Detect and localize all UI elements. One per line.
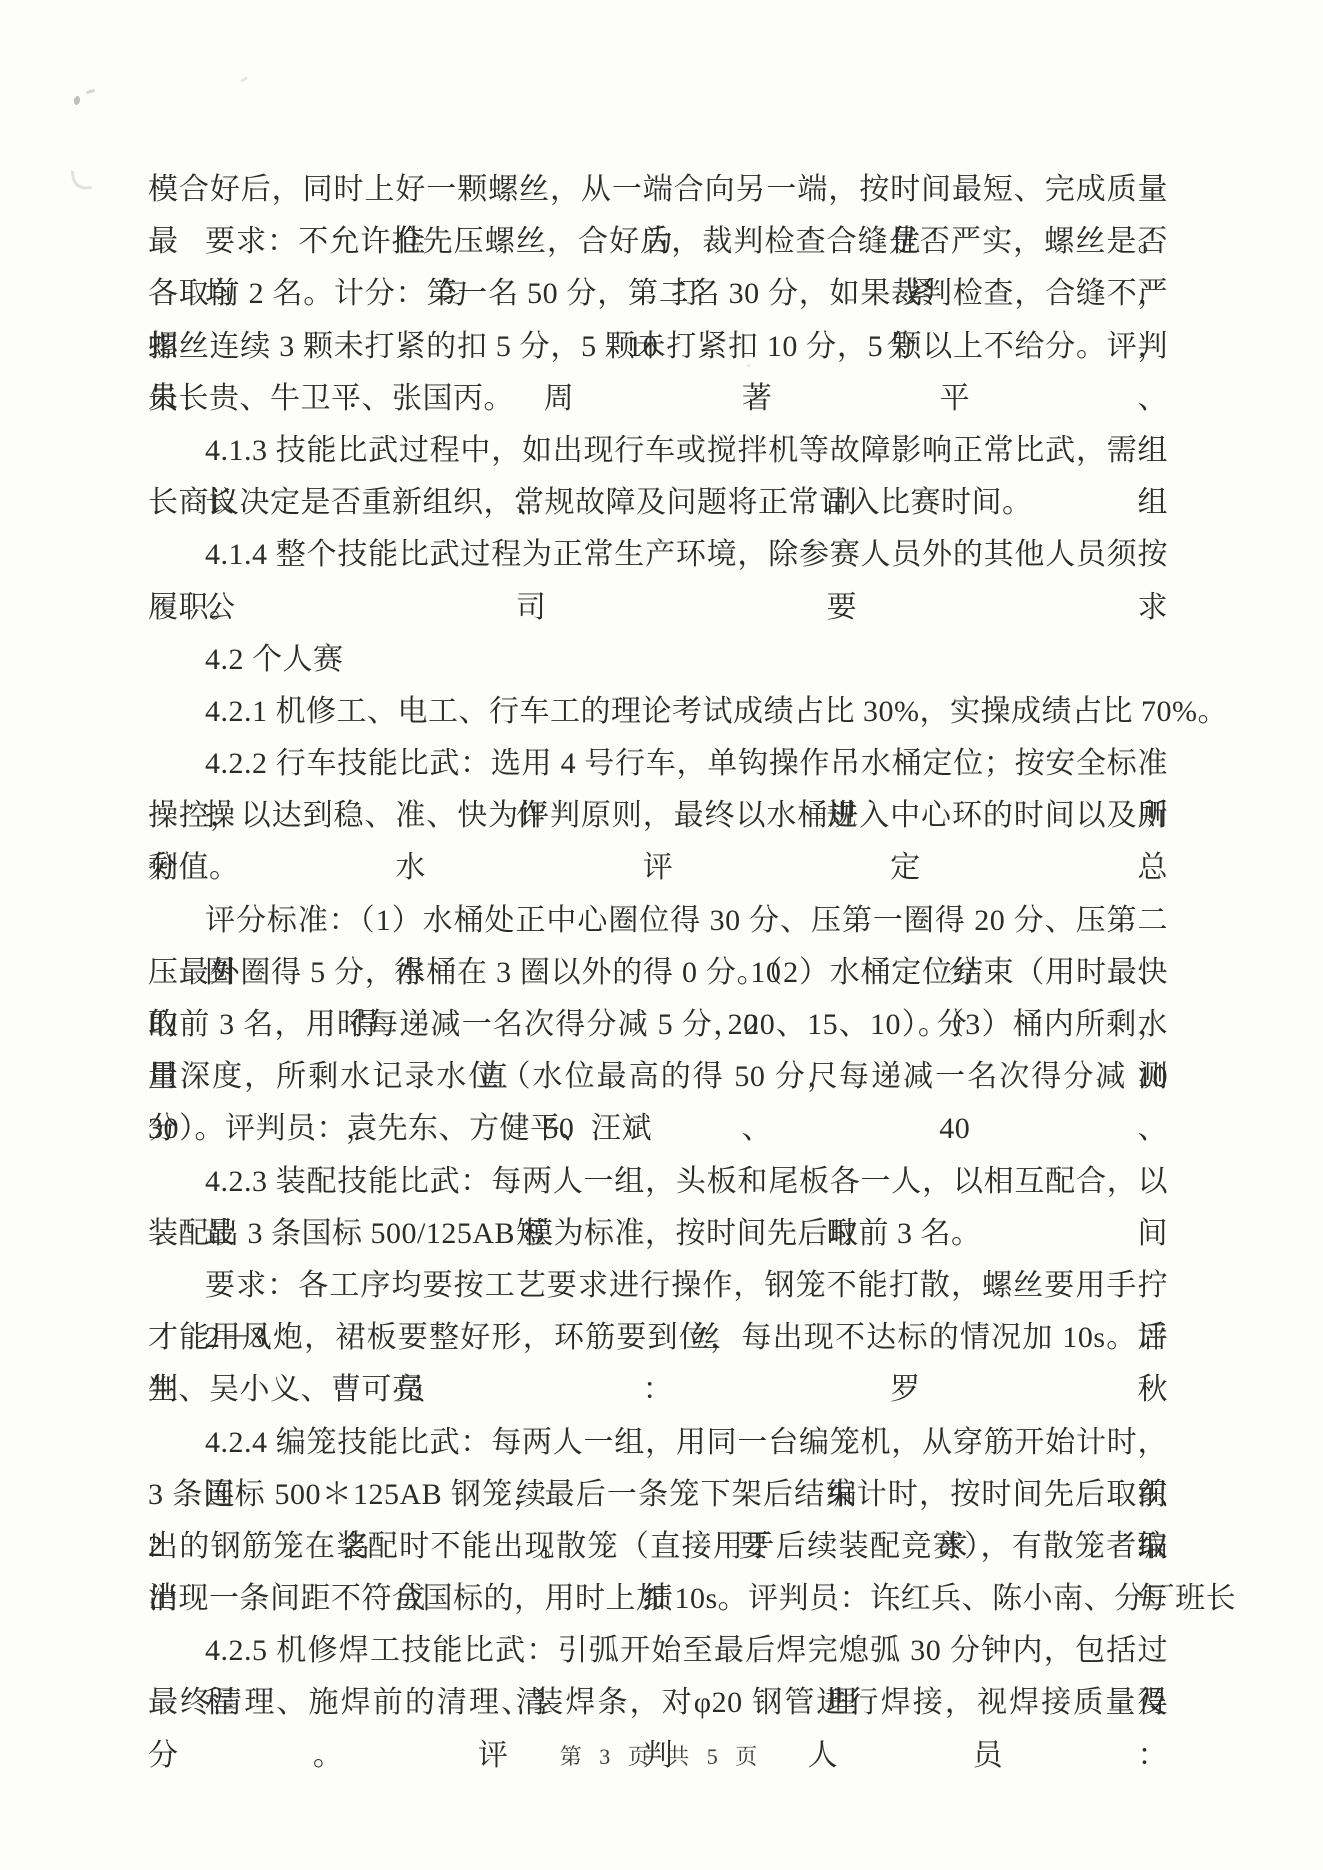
document-line: 压最外圈得 5 分，水桶在 3 圈以外的得 0 分。（2）水桶定位结束（用时最快… <box>148 947 1168 999</box>
document-line: 4.2.5 机修焊工技能比武：引弧开始至最后焊完熄弧 30 分钟内，包括过程清理… <box>148 1625 1168 1677</box>
document-body: 模合好后，同时上好一颗螺丝，从一端合向另一端，按时间最短、完成质量最佳为优。要求… <box>148 164 1168 1730</box>
document-line: 出的钢筋笼在装配时不能出现散笼（直接用于后续装配竞赛），有散笼者取消成绩、每 <box>148 1521 1168 1573</box>
scan-artifact <box>86 89 95 95</box>
document-line: 取前 3 名，用时每递减一名次得分减 5 分，20、15、10）。（3）桶内所剩… <box>148 999 1168 1051</box>
document-line: 长商议决定是否重新组织，常规故障及问题将正常计入比赛时间。 <box>148 477 1168 529</box>
document-line: 出现一条间距不符合国标的，用时上加 10s。评判员：许红兵、陈小南、分厂班长 <box>148 1573 1168 1625</box>
scan-artifact <box>240 76 248 83</box>
document-line: 最终清理、施焊前的清理、装焊条，对φ20 钢管进行焊接，视焊接质量得分。评判人员… <box>148 1677 1168 1729</box>
document-line: 4.2.2 行车技能比武：选用 4 号行车，单钩操作吊水桶定位；按安全标准操作规… <box>148 738 1168 790</box>
document-line: 4.2.4 编笼技能比武：每两人一组，用同一台编笼机，从穿筋开始计时，连续编织 <box>148 1417 1168 1469</box>
document-line: 评分标准：（1）水桶处正中心圈位得 30 分、压第一圈得 20 分、压第二圈得 … <box>148 895 1168 947</box>
document-line: 4.1.3 技能比武过程中，如出现行车或搅拌机等故障影响正常比武，需组长、副组 <box>148 425 1168 477</box>
document-line: 量深度，所剩水记录水位（水位最高的得 50 分，每递减一名次得分减 10 分，5… <box>148 1051 1168 1103</box>
document-line: 各取前 2 名。计分：第一名 50 分，第二名 30 分，如果裁判检查，合缝不严… <box>148 268 1168 320</box>
document-line: 4.1.4 整个技能比武过程为正常生产环境，除参赛人员外的其他人员须按公司要求 <box>148 529 1168 581</box>
document-line: 操控，以达到稳、准、快为评判原则，最终以水桶进入中心环的时间以及所剩水评定总 <box>148 790 1168 842</box>
scanned-document-page: 模合好后，同时上好一颗螺丝，从一端合向另一端，按时间最短、完成质量最佳为优。要求… <box>0 0 1323 1870</box>
document-line: 3 条国标 500＊125AB 钢笼，最后一条笼下架后结束计时，按时间先后取前 … <box>148 1469 1168 1521</box>
document-line: 4.2.1 机修工、电工、行车工的理论考试成绩占比 30%，实操成绩占比 70%… <box>148 686 1168 738</box>
document-line: 要求：各工序均要按工艺要求进行操作，钢笼不能打散，螺丝要用手拧 2－3 丝后 <box>148 1260 1168 1312</box>
document-line: 4.2 个人赛 <box>148 634 1168 686</box>
scan-artifact <box>73 95 81 105</box>
document-line: 螺丝连续 3 颗未打紧的扣 5 分，5 颗未打紧扣 10 分，5 颗以上不给分。… <box>148 321 1168 373</box>
document-line: 模合好后，同时上好一颗螺丝，从一端合向另一端，按时间最短、完成质量最佳为优。 <box>148 164 1168 216</box>
document-line: 才能用风炮，裙板要整好形，环筋要到位，每出现不达标的情况加 10s。评判员：罗秋 <box>148 1312 1168 1364</box>
document-line: 4.2.3 装配技能比武：每两人一组，头板和尾板各一人，以相互配合，以最短时间 <box>148 1156 1168 1208</box>
scan-artifact <box>71 167 94 192</box>
page-number-footer: 第 3 页 共 5 页 <box>0 1740 1323 1771</box>
document-line: 要求：不允许抢先压螺丝，合好后，裁判检查合缝是否严实，螺丝是否均匀打紧， <box>148 216 1168 268</box>
